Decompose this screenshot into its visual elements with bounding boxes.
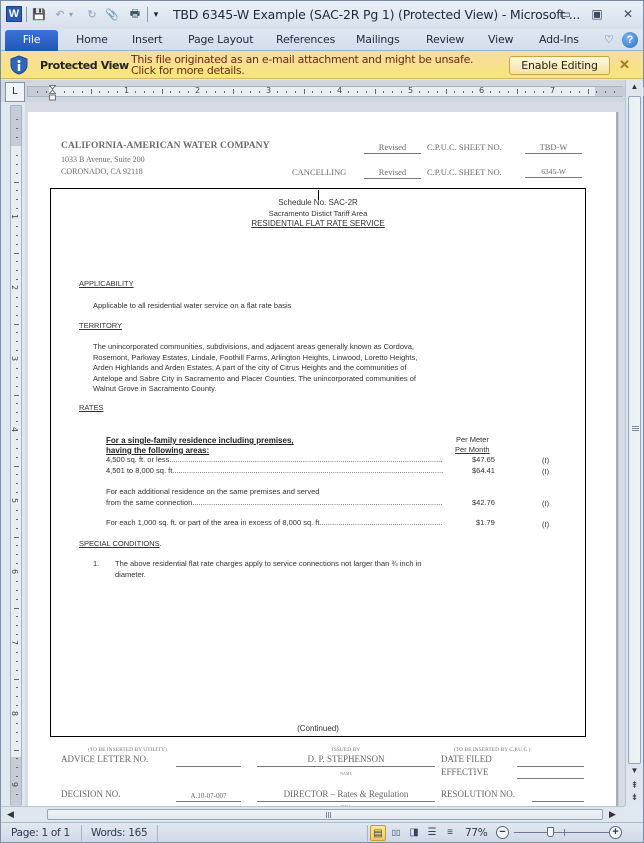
utility-note: (TO BE INSERTED BY UTILITY) (88, 747, 167, 753)
web-layout-view-icon[interactable]: ◨ (406, 825, 422, 841)
shield-info-icon (9, 55, 29, 75)
zoom-center-tick (564, 829, 565, 836)
territory-text: The unincorporated communities, subdivis… (93, 342, 417, 395)
tab-references[interactable]: References (276, 33, 335, 46)
tab-add-ins[interactable]: Add-Ins (539, 33, 579, 46)
qat-separator (147, 7, 148, 22)
word-window: W 💾 ↶ ▾ ↻ 📎 🖶 ▾ TBD 6345-W Example (SAC-… (0, 0, 644, 843)
vertical-ruler[interactable]: 123456789 (10, 105, 22, 805)
document-area: CALIFORNIA-AMERICAN WATER COMPANY 1033 B… (25, 102, 625, 806)
scroll-down-arrow-icon[interactable]: ▼ (627, 766, 642, 778)
title-bar: W 💾 ↶ ▾ ↻ 📎 🖶 ▾ TBD 6345-W Example (SAC-… (1, 1, 643, 29)
scroll-left-arrow-icon[interactable]: ◀ (7, 809, 14, 820)
cancelling-label: CANCELLING (292, 167, 346, 177)
status-bar: Page: 1 of 1 Words: 165 ▤ ▯▯ ◨ ☰ ≡ 77% −… (1, 822, 643, 842)
tariff-content-frame: Schedule No. SAC-2R Sacramento Distict T… (50, 188, 586, 737)
customize-qat-icon[interactable]: ▾ (151, 6, 161, 23)
sheet-status-2: Revised (364, 167, 421, 179)
save-icon[interactable]: 💾 (31, 6, 47, 23)
maximize-button[interactable]: ▣ (589, 7, 605, 21)
window-title: TBD 6345-W Example (SAC-2R Pg 1) (Protec… (173, 7, 580, 22)
undo-dropdown-icon[interactable]: ▾ (67, 6, 75, 23)
undo-icon[interactable]: ↶ (54, 6, 66, 23)
company-address-line2: CORONADO, CA 92118 (61, 167, 143, 176)
rate-row-label: 4,501 to 8,000 sq. ft...................… (106, 466, 443, 475)
attach-icon[interactable]: 📎 (104, 6, 120, 23)
continued-label: (Continued) (51, 724, 585, 733)
excess-area-amount: $1.79 (476, 518, 495, 527)
vertical-scroll-thumb[interactable] (628, 96, 641, 764)
rate-row-flag: (I) (542, 467, 549, 476)
territory-heading: TERRITORY (79, 321, 122, 330)
tariff-area: Sacramento Distict Tariff Area (51, 209, 585, 218)
sheet-label-1: C.P.U.C. SHEET NO. (427, 142, 502, 152)
print-layout-view-icon[interactable]: ▤ (370, 825, 386, 841)
issued-by-label: ISSUED BY (257, 747, 435, 753)
condition-text-line2: diameter. (115, 570, 146, 579)
rates-intro-line1: For a single-family residence including … (106, 436, 294, 445)
tab-view[interactable]: View (488, 33, 513, 46)
special-conditions-heading: SPECIAL CONDITIONS. (79, 539, 162, 548)
issuer-name-line (257, 766, 435, 767)
status-separator (81, 825, 82, 841)
name-caption: NAME (257, 771, 435, 776)
applicability-heading: APPLICABILITY (79, 279, 134, 288)
zoom-in-button[interactable]: + (609, 826, 622, 839)
scroll-right-arrow-icon[interactable]: ▶ (609, 809, 616, 820)
protected-view-title: Protected View (40, 59, 129, 72)
word-count-status[interactable]: Words: 165 (91, 827, 147, 839)
company-address-line1: 1033 B Avenue, Suite 200 (61, 155, 145, 164)
zoom-out-button[interactable]: − (496, 826, 509, 839)
document-page: CALIFORNIA-AMERICAN WATER COMPANY 1033 B… (28, 112, 616, 806)
additional-residence-amount: $42.76 (472, 498, 495, 507)
advice-letter-label: ADVICE LETTER NO. (61, 754, 148, 764)
rate-row-flag: (I) (542, 456, 549, 465)
condition-text-line1: The above residential flat rate charges … (115, 559, 421, 568)
protected-view-bar: Protected View This file originated as a… (1, 51, 643, 79)
full-screen-reading-view-icon[interactable]: ▯▯ (388, 825, 404, 841)
page-count-status[interactable]: Page: 1 of 1 (11, 827, 70, 839)
decision-value: A.10-07-007 (176, 792, 241, 800)
date-filed-label: DATE FILED (441, 754, 492, 764)
tab-file[interactable]: File (5, 30, 58, 51)
scroll-up-arrow-icon[interactable]: ▲ (627, 82, 642, 94)
tab-page-layout[interactable]: Page Layout (188, 33, 253, 46)
zoom-slider-thumb[interactable] (547, 827, 554, 837)
resolution-label: RESOLUTION NO. (441, 789, 515, 799)
minimize-button[interactable]: ▭ (557, 7, 573, 21)
next-page-icon[interactable]: ⇟ (627, 792, 642, 804)
rate-row-amount: $47.65 (472, 455, 495, 464)
status-separator (157, 825, 158, 841)
tab-review[interactable]: Review (426, 33, 464, 46)
effective-label: EFFECTIVE (441, 767, 489, 777)
rates-heading: RATES (79, 403, 103, 412)
ribbon-tab-bar: File Home Insert Page Layout References … (1, 29, 643, 51)
zoom-level-button[interactable]: 77% (465, 827, 487, 839)
draft-view-icon[interactable]: ≡ (442, 825, 458, 841)
cpuc-note: (TO BE INSERTED BY C.P.U.C.) (454, 747, 530, 753)
horizontal-scrollbar[interactable]: ◀ ▶ (1, 806, 625, 822)
company-name: CALIFORNIA-AMERICAN WATER COMPANY (61, 141, 270, 151)
decision-label: DECISION NO. (61, 789, 121, 799)
close-message-bar-icon[interactable]: ✕ (619, 57, 630, 73)
sheet-status-1: Revised (364, 142, 421, 154)
protected-view-message[interactable]: This file originated as an e-mail attach… (131, 54, 491, 76)
additional-residence-flag: (I) (542, 499, 549, 508)
horizontal-ruler[interactable]: 1234567 (27, 86, 623, 97)
additional-residence-line1: For each additional residence on the sam… (106, 487, 319, 496)
text-cursor (318, 190, 319, 200)
sheet-number-1: TBD-W (525, 142, 582, 154)
previous-page-icon[interactable]: ⇞ (627, 780, 642, 792)
minimize-ribbon-icon[interactable]: ♡ (604, 33, 614, 46)
grip-icon (326, 812, 331, 818)
effective-line (517, 778, 584, 779)
applicability-text: Applicable to all residential water serv… (93, 301, 291, 310)
redo-icon[interactable]: ↻ (85, 6, 99, 23)
outline-view-icon[interactable]: ☰ (424, 825, 440, 841)
issuer-title: DIRECTOR – Rates & Regulation (257, 789, 435, 799)
service-title: RESIDENTIAL FLAT RATE SERVICE (51, 219, 585, 228)
horizontal-ruler-area: L 1234567 (1, 80, 643, 102)
help-icon[interactable]: ? (622, 32, 638, 48)
rates-col-header2: Per Month (455, 445, 490, 454)
rate-row-amount: $64.41 (472, 466, 495, 475)
decision-line (176, 801, 241, 802)
print-icon[interactable]: 🖶 (127, 6, 143, 23)
condition-number: 1. (93, 559, 99, 568)
grip-icon (632, 426, 639, 431)
rates-col-header1: Per Meter (456, 435, 489, 444)
sheet-number-2: 6345-W (525, 167, 582, 178)
rate-row-label: 4,500 sq. ft. or less...................… (106, 455, 443, 464)
additional-residence-line2: from the same connection................… (106, 498, 443, 507)
issuer-name: D. P. STEPHENSON (257, 754, 435, 764)
excess-area-label: For each 1,000 sq. ft. or part of the ar… (106, 518, 443, 527)
status-separator (367, 825, 368, 841)
resolution-line (532, 801, 584, 802)
excess-area-flag: (I) (542, 520, 549, 529)
word-app-icon[interactable]: W (6, 6, 22, 22)
enable-editing-button[interactable]: Enable Editing (509, 56, 610, 75)
tab-insert[interactable]: Insert (132, 33, 162, 46)
indent-marker[interactable] (49, 85, 56, 101)
issuer-title-line (257, 801, 435, 802)
close-window-button[interactable]: ✕ (620, 7, 636, 21)
vertical-scrollbar[interactable]: ▲ ▼ ⇞ ⇟ (625, 80, 643, 806)
qat-separator (26, 7, 27, 22)
tab-home[interactable]: Home (76, 33, 108, 46)
horizontal-scroll-thumb[interactable] (47, 809, 603, 820)
date-filed-line (517, 766, 584, 767)
tab-mailings[interactable]: Mailings (356, 33, 400, 46)
tab-selector-button[interactable]: L (5, 82, 25, 102)
rates-intro-line2: having the following areas: (106, 446, 209, 455)
sheet-label-2: C.P.U.C. SHEET NO. (427, 167, 502, 177)
advice-letter-line (176, 766, 241, 767)
